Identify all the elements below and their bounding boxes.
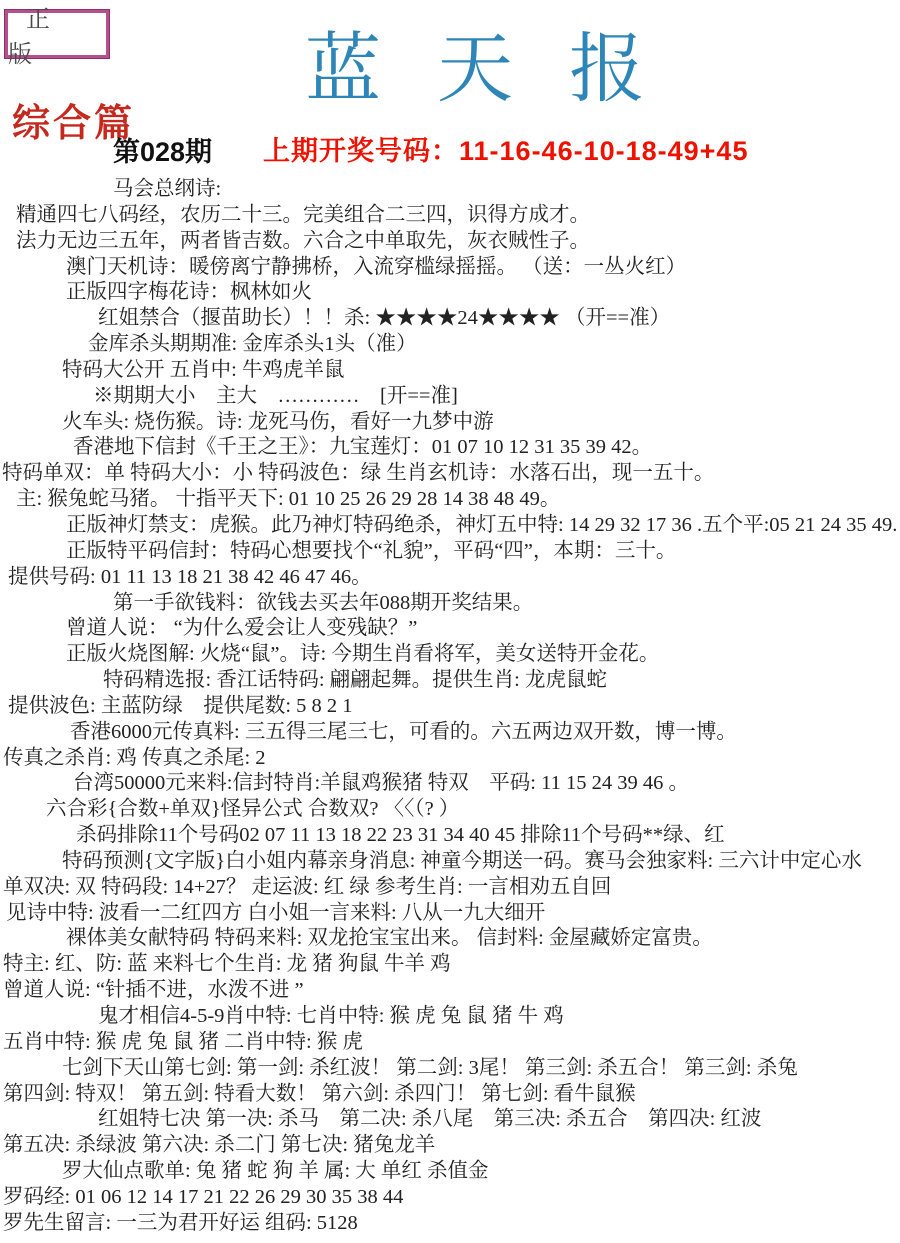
text-line: 红姐特七决 第一决: 杀马 第二决: 杀八尾 第三决: 杀五合 第四决: 红波	[0, 1107, 900, 1133]
authentic-stamp-label: 正版	[8, 0, 106, 69]
text-line: 正版神灯禁支：虎猴。此乃神灯特码绝杀，神灯五中特: 14 29 32 17 36…	[0, 513, 900, 539]
text-line: 提供号码: 01 11 13 18 21 38 42 46 47 46。	[0, 565, 900, 591]
text-line: 曾道人说： “为什么爱会让人变残缺？”	[0, 616, 900, 642]
text-line: 红姐禁合（揠苗助长）！！杀: ★★★★24★★★★ （开==准）	[0, 306, 900, 332]
text-line: 金库杀头期期准: 金库杀头1头（准）	[0, 332, 900, 358]
text-line: 传真之杀肖: 鸡 传真之杀尾: 2	[0, 746, 900, 772]
newspaper-title: 蓝天报	[305, 8, 701, 117]
text-line: 第五决: 杀绿波 第六决: 杀二门 第七决: 猪兔龙羊	[0, 1133, 900, 1159]
text-line: 主: 猴兔蛇马猪。 十指平天下: 01 10 25 26 29 28 14 38…	[0, 487, 900, 513]
text-line: 见诗中特: 波看一二红四方 白小姐一言来料: 八从一九大细开	[0, 901, 900, 927]
text-line: 精通四七八码经，农历二十三。完美组合二三四，识得方成才。	[0, 203, 900, 229]
last-draw-numbers: 上期开奖号码：11-16-46-10-18-49+45	[263, 129, 748, 168]
text-line: 提供波色: 主蓝防绿 提供尾数: 5 8 2 1	[0, 694, 900, 720]
text-line: 裸体美女献特码 特码来料: 双龙抢宝宝出来。 信封料: 金屋藏娇定富贵。	[0, 926, 900, 952]
text-line: 正版四字梅花诗：枫林如火	[0, 280, 900, 306]
text-line: 特码大公开 五肖中: 牛鸡虎羊鼠	[0, 358, 900, 384]
text-line: 罗大仙点歌单: 兔 猪 蛇 狗 羊 属: 大 单红 杀值金	[0, 1159, 900, 1185]
text-line: 香港地下信封《千王之王》：九宝莲灯：01 07 10 12 31 35 39 4…	[0, 435, 900, 461]
issue-number: 第028期	[113, 130, 212, 169]
text-line: 法力无边三五年，两者皆吉数。六合之中单取先，灰衣贼性子。	[0, 229, 900, 255]
text-line: 香港6000元传真料: 三五得三尾三七，可看的。六五两边双开数，博一博。	[0, 720, 900, 746]
text-line: 特码预测{文字版}白小姐内幕亲身消息: 神童今期送一码。赛马会独家料: 三六计中…	[0, 849, 900, 875]
text-line: 杀码排除11个号码02 07 11 13 18 22 23 31 34 40 4…	[0, 823, 900, 849]
text-line: 第四剑: 特双！ 第五剑: 特看大数！ 第六剑: 杀四门！ 第七剑: 看牛鼠猴	[0, 1082, 900, 1108]
text-line: 正版火烧图解: 火烧“鼠”。诗: 今期生肖看将军，美女送特开金花。	[0, 642, 900, 668]
text-line: 正版特平码信封：特码心想要找个“礼貌”，平码“四”，本期：三十。	[0, 539, 900, 565]
text-line: 特码单双：单 特码大小：小 特码波色：绿 生肖玄机诗：水落石出，现一五十。	[0, 461, 900, 487]
text-line: 特码精选报: 香江话特码: 翩翩起舞。提供生肖: 龙虎鼠蛇	[0, 668, 900, 694]
text-line: 五肖中特: 猴 虎 兔 鼠 猪 二肖中特: 猴 虎	[0, 1030, 900, 1056]
text-line: ※期期大小 主大 ………… [开==准]	[0, 384, 900, 410]
text-line: 澳门天机诗：暖傍离宁静拂桥，入流穿槛绿摇摇。 （送：一丛火红）	[0, 255, 900, 281]
text-line: 火车头: 烧伤猴。诗: 龙死马伤，看好一九梦中游	[0, 410, 900, 436]
text-line: 罗先生留言: 一三为君开好运 组码: 5128	[0, 1211, 900, 1237]
lottery-tip-sheet-page: 正版 蓝天报 综合篇 第028期 上期开奖号码：11-16-46-10-18-4…	[0, 0, 900, 1243]
tips-text-block: 马会总纲诗:精通四七八码经，农历二十三。完美组合二三四，识得方成才。法力无边三五…	[0, 177, 900, 1237]
text-line: 马会总纲诗:	[0, 177, 900, 203]
text-line: 单双决: 双 特码段: 14+27？ 走运波: 红 绿 参考生肖: 一言相劝五自…	[0, 875, 900, 901]
text-line: 六合彩{合数+单双}怪异公式 合数双? 〈〈（? ）	[0, 797, 900, 823]
authentic-stamp-box: 正版	[5, 10, 109, 58]
text-line: 台湾50000元来料:信封特肖:羊鼠鸡猴猪 特双 平码: 11 15 24 39…	[0, 771, 900, 797]
text-line: 第一手欲钱料：欲钱去买去年088期开奖结果。	[0, 591, 900, 617]
text-line: 特主: 红、防: 蓝 来料七个生肖: 龙 猪 狗鼠 牛羊 鸡	[0, 952, 900, 978]
text-line: 七剑下天山第七剑: 第一剑: 杀红波！ 第二剑: 3尾！ 第三剑: 杀五合！ 第…	[0, 1056, 900, 1082]
text-line: 鬼才相信4-5-9肖中特: 七肖中特: 猴 虎 兔 鼠 猪 牛 鸡	[0, 1004, 900, 1030]
text-line: 罗码经: 01 06 12 14 17 21 22 26 29 30 35 38…	[0, 1185, 900, 1211]
text-line: 曾道人说: “针插不进，水泼不进 ”	[0, 978, 900, 1004]
